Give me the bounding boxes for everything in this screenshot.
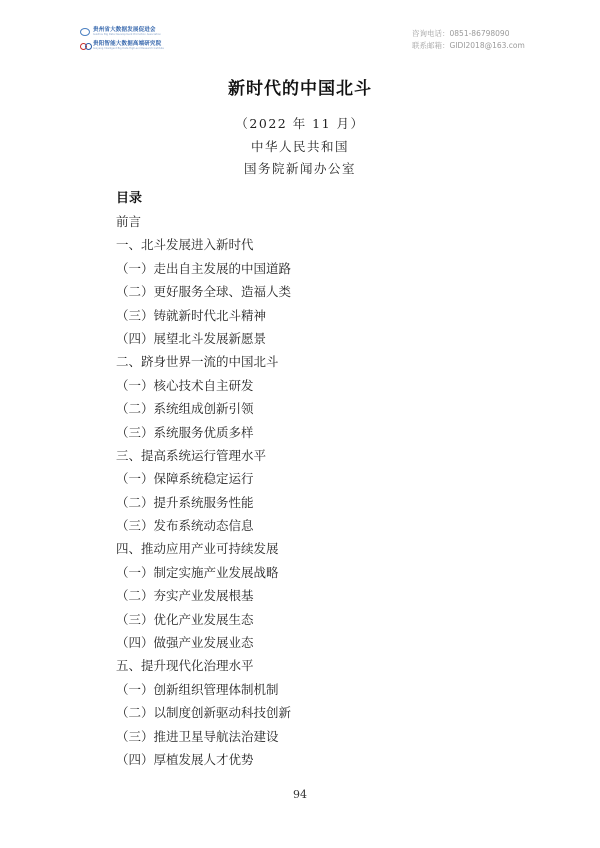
- association-logo-icon: [80, 28, 90, 36]
- logo-association: 贵州省大数据发展促进会 Guizhou Big Data Development…: [80, 26, 200, 38]
- logo-institute: 贵阳智能大数据高端研究院 Guiyang Intelligent Big Dat…: [80, 40, 200, 52]
- phone-number: 0851-86798090: [450, 29, 510, 38]
- toc-item[interactable]: 前言: [116, 210, 291, 233]
- table-of-contents: 目录 前言 一、北斗发展进入新时代 （一）走出自主发展的中国道路 （二）更好服务…: [116, 188, 291, 771]
- toc-item[interactable]: （三）推进卫星导航法治建设: [116, 725, 291, 748]
- contact-email-row: 联系邮箱：GIDI2018@163.com: [412, 40, 525, 52]
- toc-item[interactable]: （三）优化产业发展生态: [116, 608, 291, 631]
- toc-heading: 目录: [116, 188, 291, 210]
- toc-item[interactable]: 四、推动应用产业可持续发展: [116, 537, 291, 560]
- institute-logo-icon: [80, 42, 90, 50]
- document-title: 新时代的中国北斗: [0, 74, 600, 99]
- issuer-line-2: 国务院新闻办公室: [0, 159, 600, 177]
- document-date: （2022 年 11 月）: [0, 114, 600, 132]
- toc-item[interactable]: （二）夯实产业发展根基: [116, 584, 291, 607]
- contact-phone-row: 咨询电话：0851-86798090: [412, 28, 525, 40]
- toc-item[interactable]: （三）系统服务优质多样: [116, 421, 291, 444]
- toc-item[interactable]: 五、提升现代化治理水平: [116, 654, 291, 677]
- toc-item[interactable]: （二）系统组成创新引领: [116, 397, 291, 420]
- phone-label: 咨询电话：: [412, 29, 450, 38]
- institute-subtitle: Guiyang Intelligent Big Data High-end Re…: [93, 48, 164, 51]
- toc-item[interactable]: （四）做强产业发展业态: [116, 631, 291, 654]
- toc-item[interactable]: （一）保障系统稳定运行: [116, 467, 291, 490]
- toc-item[interactable]: 三、提高系统运行管理水平: [116, 444, 291, 467]
- header-logos: 贵州省大数据发展促进会 Guizhou Big Data Development…: [80, 26, 200, 54]
- email-label: 联系邮箱：: [412, 41, 450, 50]
- toc-item[interactable]: （二）提升系统服务性能: [116, 491, 291, 514]
- issuer-line-1: 中华人民共和国: [0, 137, 600, 155]
- toc-item[interactable]: （一）核心技术自主研发: [116, 374, 291, 397]
- toc-item[interactable]: （四）厚植发展人才优势: [116, 748, 291, 771]
- toc-item[interactable]: （三）发布系统动态信息: [116, 514, 291, 537]
- toc-item[interactable]: 一、北斗发展进入新时代: [116, 233, 291, 256]
- header-contact: 咨询电话：0851-86798090 联系邮箱：GIDI2018@163.com: [412, 28, 525, 52]
- email-address[interactable]: GIDI2018@163.com: [450, 41, 525, 50]
- toc-item[interactable]: （四）展望北斗发展新愿景: [116, 327, 291, 350]
- toc-item[interactable]: （二）以制度创新驱动科技创新: [116, 701, 291, 724]
- toc-item[interactable]: （一）制定实施产业发展战略: [116, 561, 291, 584]
- toc-item[interactable]: （一）创新组织管理体制机制: [116, 678, 291, 701]
- page-number: 94: [0, 788, 600, 801]
- toc-item[interactable]: 二、跻身世界一流的中国北斗: [116, 350, 291, 373]
- toc-item[interactable]: （二）更好服务全球、造福人类: [116, 280, 291, 303]
- toc-item[interactable]: （三）铸就新时代北斗精神: [116, 304, 291, 327]
- association-subtitle: Guizhou Big Data Development Promotion A…: [93, 34, 161, 37]
- toc-item[interactable]: （一）走出自主发展的中国道路: [116, 257, 291, 280]
